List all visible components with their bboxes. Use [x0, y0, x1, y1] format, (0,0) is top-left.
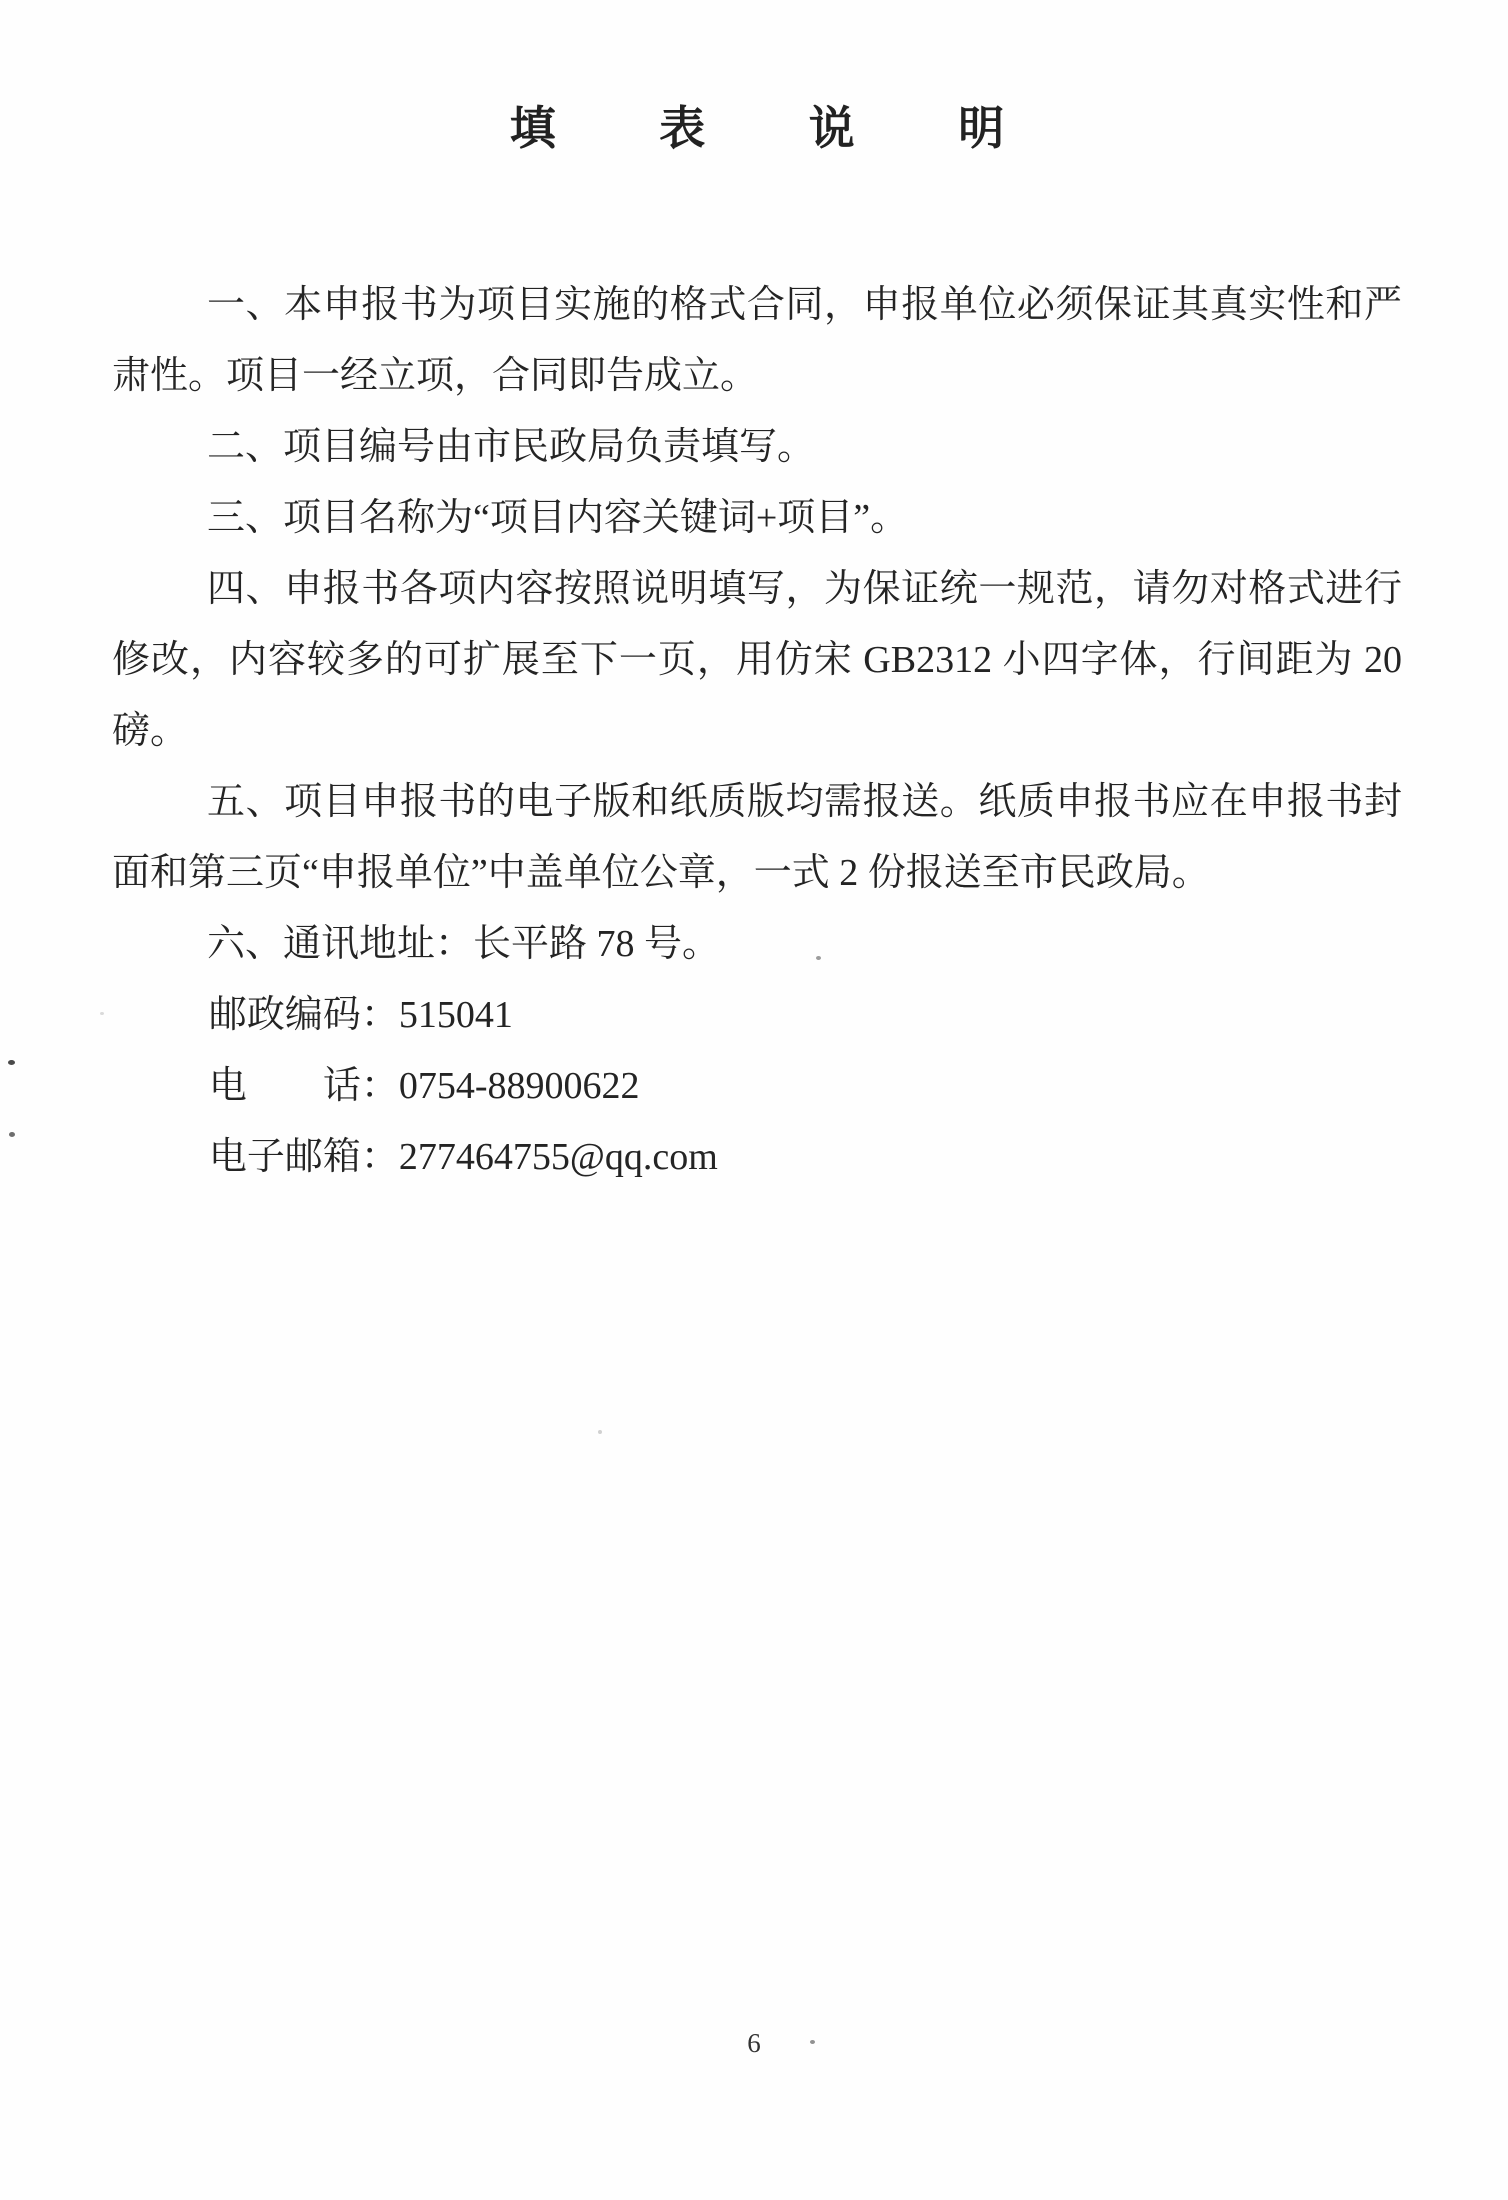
- instruction-paragraph-4: 四、申报书各项内容按照说明填写，为保证统一规范，请勿对格式进行修改，内容较多的可…: [112, 554, 1402, 767]
- scan-speck: [100, 1012, 104, 1015]
- instruction-paragraph-6: 六、通讯地址：长平路 78 号。: [112, 909, 1402, 980]
- contact-line-email: 电子邮箱：277464755@qq.com: [112, 1122, 1402, 1193]
- scan-speck: [598, 1430, 602, 1434]
- instruction-paragraph-1: 一、本申报书为项目实施的格式合同，申报单位必须保证其真实性和严肃性。项目一经立项…: [112, 270, 1402, 412]
- scan-speck: [9, 1132, 15, 1137]
- scan-speck: [816, 956, 821, 960]
- postcode-value: 515041: [399, 994, 513, 1036]
- instruction-paragraph-5: 五、项目申报书的电子版和纸质版均需报送。纸质申报书应在申报书封面和第三页“申报单…: [112, 767, 1402, 909]
- phone-value: 0754-88900622: [399, 1065, 640, 1107]
- instruction-paragraph-2: 二、项目编号由市民政局负责填写。: [112, 412, 1402, 483]
- page-number: 6: [0, 2028, 1508, 2059]
- page-title: 填 表 说 明: [112, 92, 1402, 158]
- postcode-label: 邮政编码：: [209, 994, 399, 1036]
- phone-label: 电 话：: [209, 1065, 399, 1107]
- instructions-body: 一、本申报书为项目实施的格式合同，申报单位必须保证其真实性和严肃性。项目一经立项…: [112, 270, 1402, 1193]
- email-value: 277464755@qq.com: [399, 1136, 718, 1178]
- contact-line-postcode: 邮政编码：515041: [112, 980, 1402, 1051]
- instruction-paragraph-3: 三、项目名称为“项目内容关键词+项目”。: [112, 483, 1402, 554]
- email-label: 电子邮箱：: [209, 1136, 399, 1178]
- scan-speck: [8, 1060, 15, 1065]
- scan-speck: [810, 2040, 815, 2044]
- contact-line-phone: 电 话：0754-88900622: [112, 1051, 1402, 1122]
- document-page: 填 表 说 明 一、本申报书为项目实施的格式合同，申报单位必须保证其真实性和严肃…: [0, 0, 1508, 2200]
